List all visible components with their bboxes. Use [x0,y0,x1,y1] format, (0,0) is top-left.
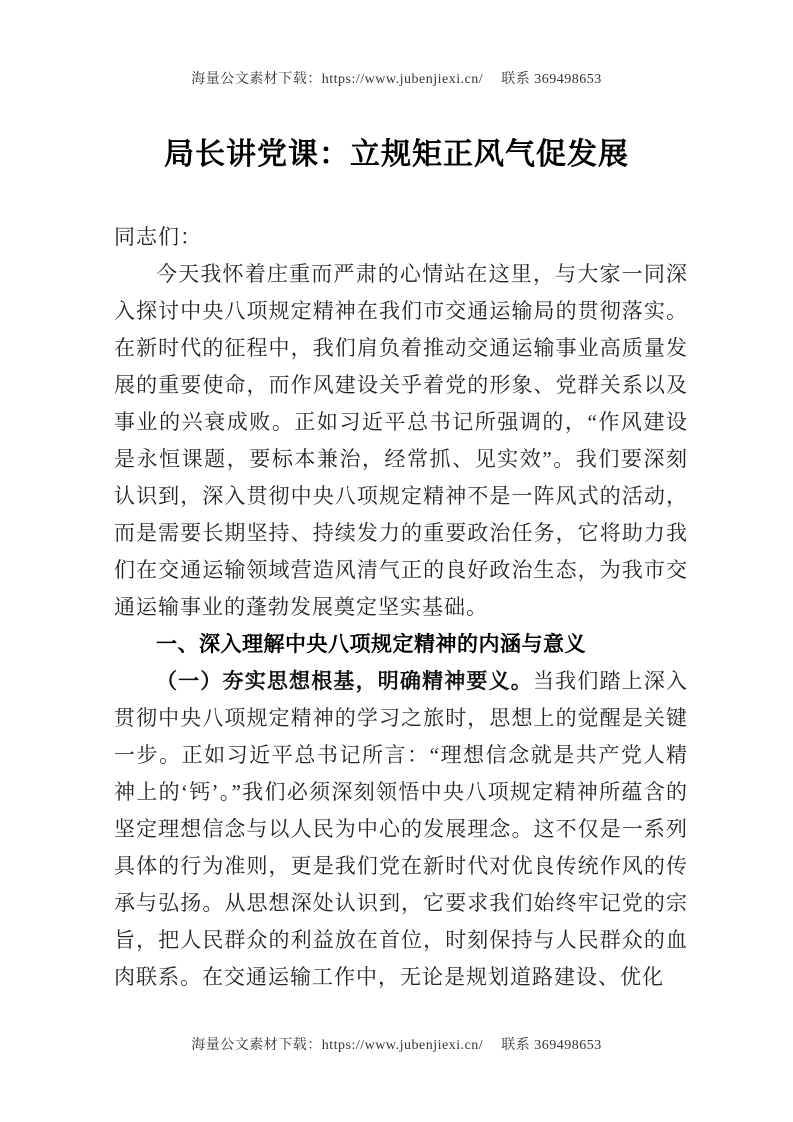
footer-label: 海量公文素材下载： [191,1038,322,1053]
page-header: 海量公文素材下载：https://www.jubenjiexi.cn/联系 36… [0,68,793,88]
footer-contact: 联系 369498653 [501,1038,602,1053]
paragraph-intro: 今天我怀着庄重而严肃的心情站在这里，与大家一同深入探讨中央八项规定精神在我们市交… [114,256,688,626]
page-footer: 海量公文素材下载：https://www.jubenjiexi.cn/联系 36… [0,1034,793,1054]
document-body: 同志们： 今天我怀着庄重而严肃的心情站在这里，与大家一同深入探讨中央八项规定精神… [114,219,688,996]
header-label: 海量公文素材下载： [191,72,322,87]
section-heading-1: 一、深入理解中央八项规定精神的内涵与意义 [114,626,688,663]
subsection-lead: （一）夯实思想根基，明确精神要义。 [156,669,533,693]
subsection-text: 当我们踏上深入贯彻中央八项规定精神的学习之旅时，思想上的觉醒是关键一步。正如习近… [114,669,688,989]
header-url: https://www.jubenjiexi.cn/ [322,72,483,87]
document-title: 局长讲党课：立规矩正风气促发展 [0,129,793,173]
salutation: 同志们： [114,219,688,256]
paragraph-subsection-1: （一）夯实思想根基，明确精神要义。当我们踏上深入贯彻中央八项规定精神的学习之旅时… [114,663,688,996]
header-contact: 联系 369498653 [501,72,602,87]
document-page: 海量公文素材下载：https://www.jubenjiexi.cn/联系 36… [0,0,793,1122]
footer-url: https://www.jubenjiexi.cn/ [322,1038,483,1053]
